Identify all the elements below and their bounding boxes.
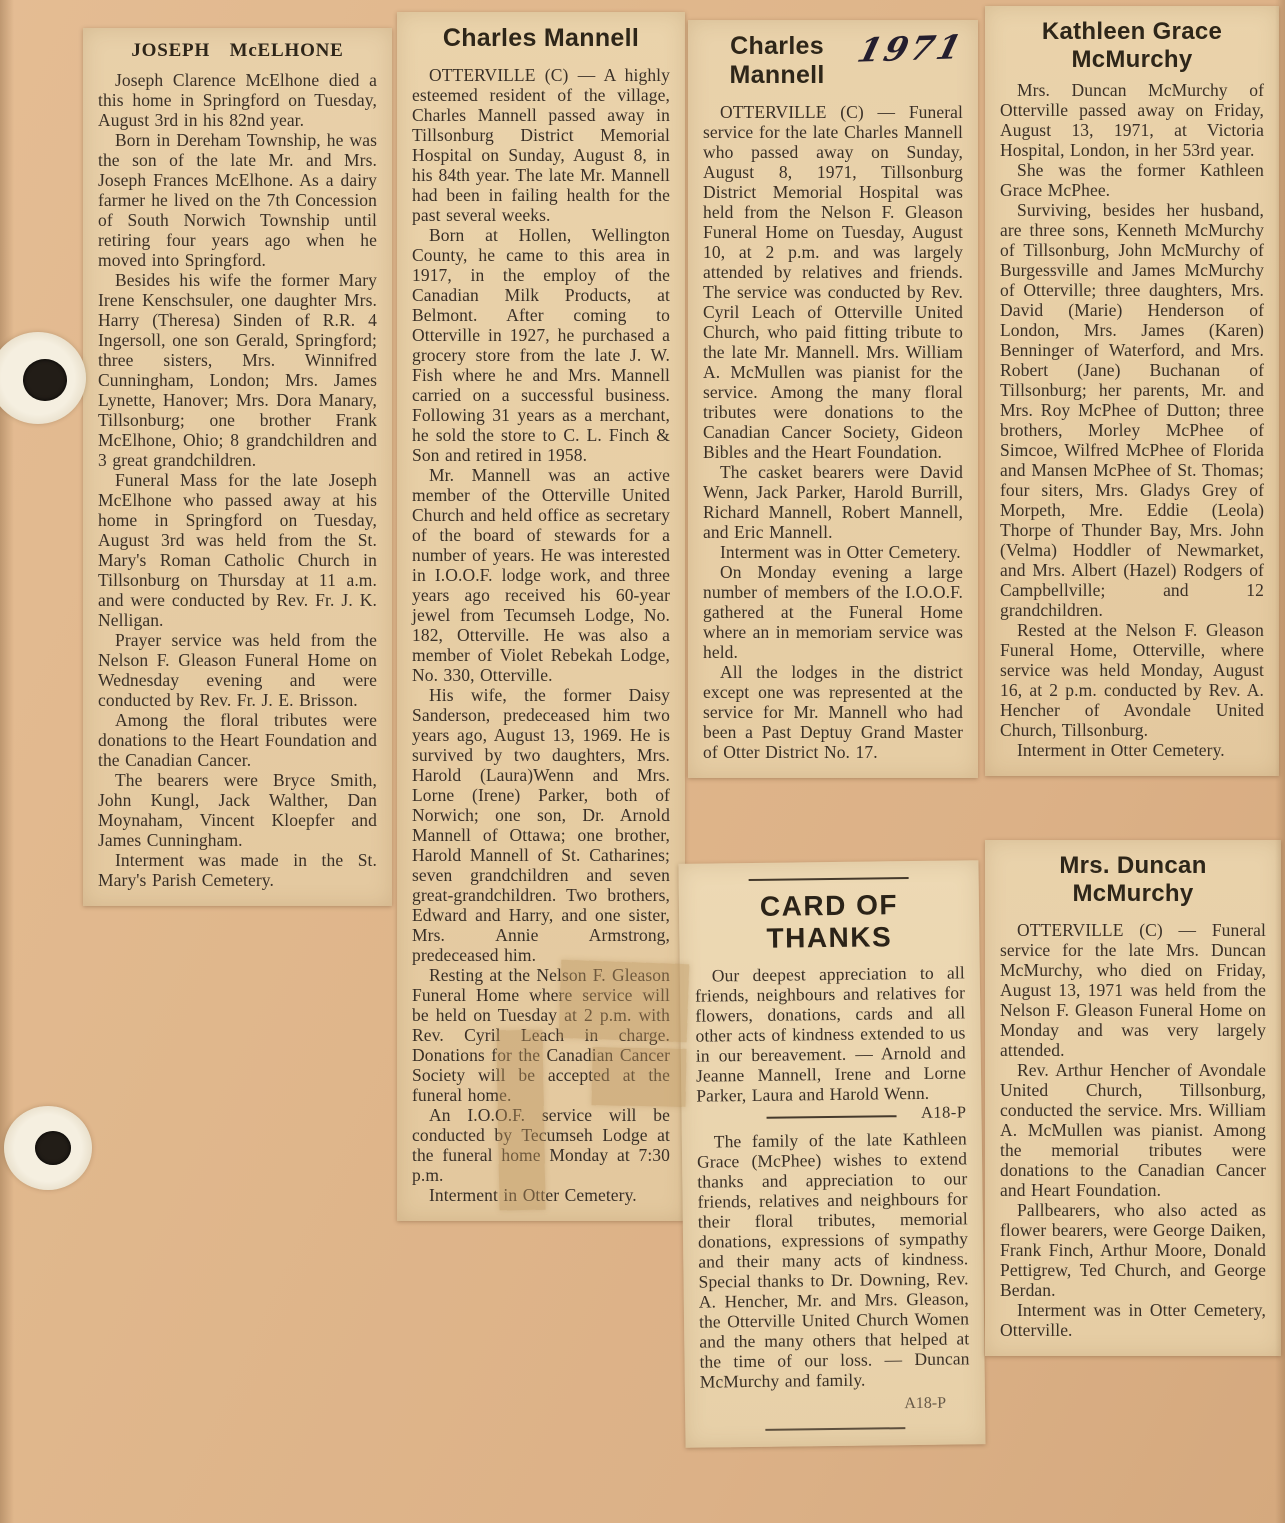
obituary-paragraph: Interment in Otter Cemetery. xyxy=(1000,740,1264,760)
obituary-paragraph: Interment was in Otter Cemetery. xyxy=(703,542,963,562)
thanks-text: Our deepest appreciation to all friends,… xyxy=(695,962,966,1105)
clipping-title: Mrs. Duncan McMurchy xyxy=(1000,852,1266,908)
clipping-mcmurchy-obituary: Kathleen Grace McMurchy Mrs. Duncan McMu… xyxy=(985,6,1279,776)
obituary-paragraph: The casket bearers were David Wenn, Jack… xyxy=(703,462,963,542)
obituary-paragraph: Joseph Clarence McElhone died a this hom… xyxy=(98,70,377,130)
obituary-paragraph: Born at Hollen, Wellington County, he ca… xyxy=(412,225,670,465)
obituary-paragraph: The bearers were Bryce Smith, John Kungl… xyxy=(98,770,377,850)
tape-mark xyxy=(496,1030,545,1211)
obituary-paragraph: OTTERVILLE (C) — A highly esteemed resid… xyxy=(412,65,670,225)
clipping-mcmurchy-funeral: Mrs. Duncan McMurchy OTTERVILLE (C) — Fu… xyxy=(985,840,1281,1356)
hole-punch-reinforcement xyxy=(0,332,86,424)
obituary-paragraph: OTTERVILLE (C) — Funeral service for the… xyxy=(1000,920,1266,1060)
clipping-title: Charles Mannell xyxy=(412,24,670,53)
handwritten-year-annotation: 1971 xyxy=(855,30,968,67)
obituary-paragraph: Interment was in Otter Cemetery, Ottervi… xyxy=(1000,1300,1266,1340)
clipping-title: JOSEPH McELHONE xyxy=(98,40,377,62)
classified-code: A18-P xyxy=(921,1102,967,1123)
obituary-paragraph: Prayer service was held from the Nelson … xyxy=(98,630,377,710)
card-of-thanks-title: CARD OF THANKS xyxy=(694,888,965,955)
thanks-paragraph: Our deepest appreciation to all friends,… xyxy=(695,962,967,1105)
obituary-paragraph: Mr. Mannell was an active member of the … xyxy=(412,465,670,685)
classified-code: A18-P xyxy=(700,1394,970,1415)
clipping-mannell-funeral: Charles Mannell 1971 OTTERVILLE (C) — Fu… xyxy=(688,20,978,778)
divider xyxy=(765,1427,905,1431)
obituary-paragraph: Besides his wife the former Mary Irene K… xyxy=(98,270,377,470)
clipping-card-of-thanks: CARD OF THANKS Our deepest appreciation … xyxy=(678,860,985,1448)
punch-hole xyxy=(35,1131,71,1165)
obituary-paragraph: Surviving, besides her husband, are thre… xyxy=(1000,200,1264,620)
tape-mark xyxy=(592,1047,687,1107)
tape-mark xyxy=(559,960,690,1042)
punch-hole xyxy=(23,359,67,401)
obituary-paragraph: All the lodges in the district except on… xyxy=(703,662,963,762)
obituary-paragraph: She was the former Kathleen Grace McPhee… xyxy=(1000,160,1264,200)
scrapbook-page: JOSEPH McELHONE Joseph Clarence McElhone… xyxy=(0,0,1285,1523)
obituary-paragraph: Rested at the Nelson F. Gleason Funeral … xyxy=(1000,620,1264,740)
obituary-paragraph: OTTERVILLE (C) — Funeral service for the… xyxy=(703,102,963,462)
obituary-paragraph: Among the floral tributes were donations… xyxy=(98,710,377,770)
obituary-paragraph: Rev. Arthur Hencher of Avondale United C… xyxy=(1000,1060,1266,1200)
thanks-paragraph: The family of the late Kathleen Grace (M… xyxy=(697,1128,970,1391)
obituary-paragraph: Interment was made in the St. Mary's Par… xyxy=(98,850,377,890)
divider xyxy=(767,1115,897,1119)
obituary-paragraph: His wife, the former Daisy Sanderson, pr… xyxy=(412,685,670,965)
clipping-mcelhone-obituary: JOSEPH McELHONE Joseph Clarence McElhone… xyxy=(83,28,392,906)
obituary-paragraph: Funeral Mass for the late Joseph McElhon… xyxy=(98,470,377,630)
obituary-paragraph: Pallbearers, who also acted as flower be… xyxy=(1000,1200,1266,1300)
clipping-title: Kathleen Grace McMurchy xyxy=(1000,18,1264,74)
hole-punch-reinforcement xyxy=(4,1106,92,1190)
clipping-title: Charles Mannell xyxy=(703,32,851,90)
obituary-paragraph: Mrs. Duncan McMurchy of Otterville passe… xyxy=(1000,80,1264,160)
obituary-paragraph: On Monday evening a large number of memb… xyxy=(703,562,963,662)
divider xyxy=(749,877,909,881)
obituary-paragraph: Born in Dereham Township, he was the son… xyxy=(98,130,377,270)
